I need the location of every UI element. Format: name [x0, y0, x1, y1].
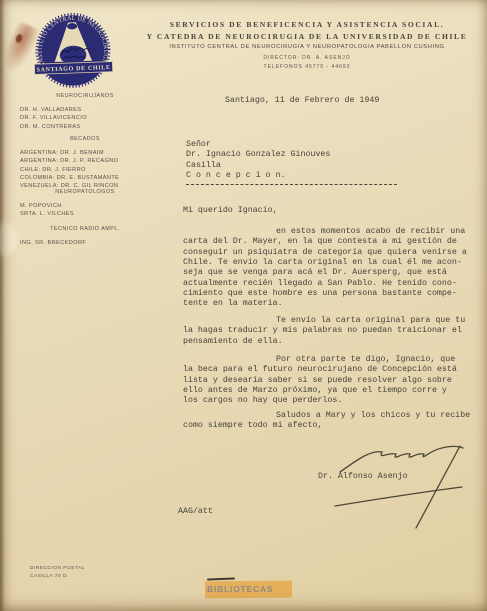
letter-line: la hagas traducir y mis palabras no pued… — [183, 326, 478, 336]
letter-line: Saludos a Mary y los chicos y tu recibe — [183, 411, 478, 421]
paragraph-4: Saludos a Mary y los chicos y tu recibec… — [183, 411, 478, 432]
salutation: Mi querido Ignacio, — [183, 206, 278, 216]
letter-line: como siempre todo mi afecto, — [183, 421, 478, 431]
letterhead-director-line: DIRECTOR: DR. A. ASENJO — [142, 55, 472, 61]
letter-line: actualmente recién llegado a San Pablo. … — [183, 279, 478, 289]
letter-scan: INSTITUTO CENTRAL DE NEUROCIRUGIA SANTIA… — [0, 0, 487, 611]
staff-name: ARGENTINA: DR. J. BENAIM — [20, 149, 150, 157]
letterhead-phones-line: TELEFONOS 45770 - 44693 — [142, 64, 472, 70]
letter-line: cimiento que este hombre es una persona … — [183, 289, 478, 299]
letterhead-line-3: INSTITUTO CENTRAL DE NEUROCIRUGIA Y NEUR… — [142, 44, 472, 50]
staff-section-neuropatologos: NEUROPATOLOGOS M. POPOVICHSRTA. L. VILCH… — [20, 189, 150, 219]
recipient-line: C o n c e p c i o n. — [186, 171, 330, 181]
paragraph-1: en estos momentos acabo de recibir unaca… — [183, 227, 478, 310]
recipient-underline — [186, 184, 397, 185]
letter-line: pensamiento de ella. — [183, 337, 478, 347]
staff-name: SRTA. L. VILCHES — [20, 210, 150, 218]
recipient-line: Dr. Ignacio Gonzalez Ginouves — [186, 150, 330, 160]
staff-section-heading: NEUROCIRUJANOS — [20, 93, 150, 99]
paper-fold-highlight — [0, 222, 16, 256]
staff-section-neurocirujanos: NEUROCIRUJANOS DR. H. VALLADARESDR. F. V… — [20, 93, 150, 131]
letter-line: conseguir un psiquiatra de categoría que… — [183, 248, 478, 258]
staff-name: COLOMBIA: DR. E. BUSTAMANTE — [20, 174, 150, 182]
letter-line: la beca para el futuro neurocirujano de … — [183, 365, 478, 375]
postal-line: CASILLA 70 D. — [30, 573, 85, 581]
paragraph-3: Por otra parte te digo, Ignacio, quela b… — [183, 355, 478, 407]
archive-stamp: BIBLIOTECAS — [200, 577, 320, 601]
letter-line: tente en la materia. — [183, 299, 478, 309]
staff-section-tecnico: TECNICO RADIO AMPL. ING. SR. BRECKDORF — [20, 226, 150, 247]
institute-seal-icon: INSTITUTO CENTRAL DE NEUROCIRUGIA SANTIA… — [33, 12, 114, 93]
letterhead-line-1: SERVICIOS DE BENEFICENCIA Y ASISTENCIA S… — [142, 20, 472, 29]
letterhead: SERVICIOS DE BENEFICENCIA Y ASISTENCIA S… — [142, 20, 472, 70]
letter-line: en estos momentos acabo de recibir una — [183, 227, 478, 237]
postal-note: DIRECCION POSTALCASILLA 70 D. — [30, 565, 85, 580]
staff-name: DR. F. VILLAVICENCIO — [20, 114, 150, 122]
staff-name: M. POPOVICH — [20, 202, 150, 210]
letterhead-line-2: Y CATEDRA DE NEUROCIRUGIA DE LA UNIVERSI… — [142, 32, 472, 41]
staff-name: ING. SR. BRECKDORF — [20, 239, 150, 247]
letter-line: lista y desearía saber si se puede resol… — [183, 376, 478, 386]
staff-name: ARGENTINA: DR. J. P. RECAGNO — [20, 157, 150, 165]
staff-section-becados: BECADOS ARGENTINA: DR. J. BENAIMARGENTIN… — [20, 136, 150, 190]
letter-line: Te envío la carta original para que tu — [183, 316, 478, 326]
pen-mark — [207, 578, 235, 581]
typist-reference: AAG/att — [178, 507, 213, 517]
recipient-line: Casilla — [186, 161, 330, 171]
recipient-line: Señor — [186, 140, 330, 150]
letter-line: Chile. Te envío la carta original en la … — [183, 258, 478, 268]
letter-line: ello antes de Marzo próximo, ya que el t… — [183, 386, 478, 396]
signature-scrawl — [312, 438, 467, 533]
staff-section-heading: NEUROPATOLOGOS — [20, 189, 150, 195]
staff-section-heading: BECADOS — [20, 136, 150, 142]
letter-line: los cargos no hay que perderlos. — [183, 396, 478, 406]
letter-line: seja que se venga para acá el Dr. Auersp… — [183, 268, 478, 278]
scan-edge-shadow — [0, 0, 5, 611]
dateline: Santiago, 11 de Febrero de 1949 — [225, 96, 379, 106]
letter-line: carta del Dr. Mayer, en la que contesta … — [183, 237, 478, 247]
signer-name: Dr. Alfonso Asenjo — [318, 472, 408, 482]
staff-section-heading: TECNICO RADIO AMPL. — [20, 226, 150, 232]
paragraph-2: Te envío la carta original para que tula… — [183, 316, 478, 347]
archive-stamp-text: BIBLIOTECAS — [207, 584, 273, 594]
staff-name: DR. M. CONTRERAS — [20, 123, 150, 131]
letter-line: Por otra parte te digo, Ignacio, que — [183, 355, 478, 365]
postal-line: DIRECCION POSTAL — [30, 565, 85, 573]
staff-name: CHILE: DR. J. FIERRO — [20, 166, 150, 174]
staff-name: DR. H. VALLADARES — [20, 106, 150, 114]
recipient-block: SeñorDr. Ignacio Gonzalez GinouvesCasill… — [186, 140, 330, 181]
